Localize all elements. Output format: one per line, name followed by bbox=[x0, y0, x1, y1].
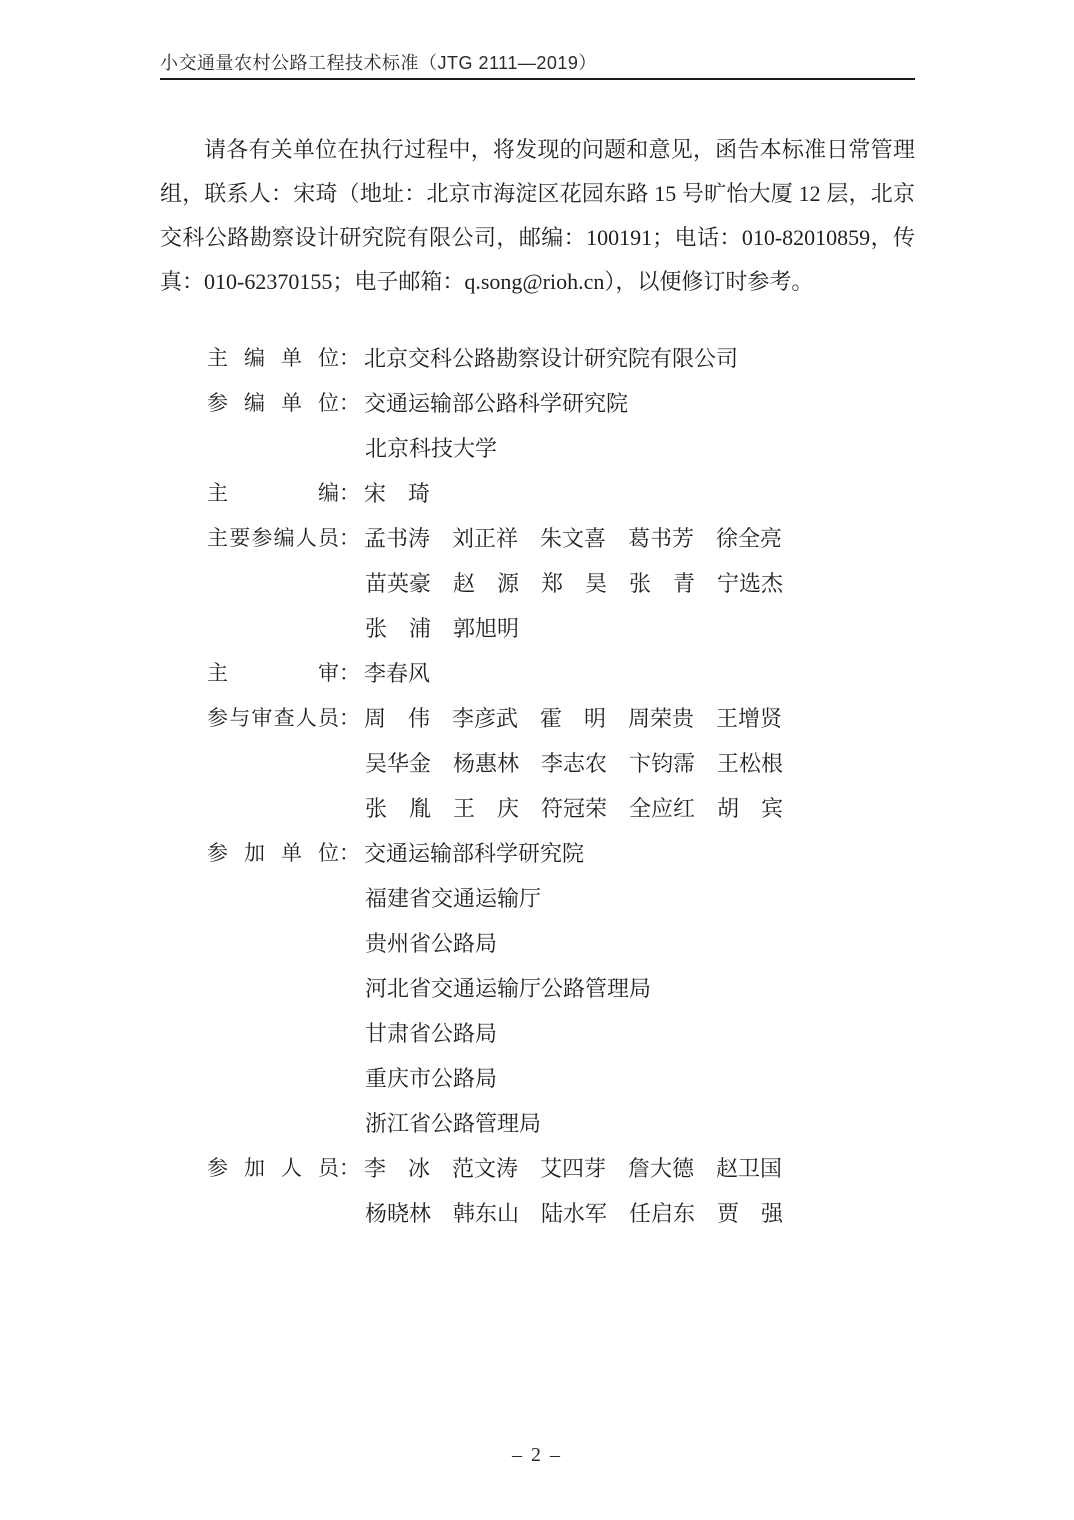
credit-row-review-members-cont: 张 胤 王 庆 符冠荣 全应红 胡 宾 bbox=[160, 786, 915, 831]
credit-colon: ： bbox=[339, 651, 360, 696]
credit-label-text: 参加人员 bbox=[207, 1146, 339, 1191]
credit-colon: ： bbox=[339, 1146, 360, 1191]
credit-value: 福建省交通运输厅 bbox=[365, 876, 541, 921]
credit-label: 主审： bbox=[207, 651, 360, 696]
credit-row-chief-reviewer: 主审：李春风 bbox=[160, 651, 915, 696]
credit-label-text: 参编单位 bbox=[207, 381, 339, 426]
page-number: – 2 – bbox=[512, 1444, 562, 1466]
credit-label: 参加单位： bbox=[207, 831, 360, 876]
credit-value: 孟书涛 刘正祥 朱文喜 葛书芳 徐全亮 bbox=[364, 516, 782, 561]
credit-value: 重庆市公路局 bbox=[365, 1056, 497, 1101]
credits-section: 主编单位：北京交科公路勘察设计研究院有限公司 参编单位：交通运输部公路科学研究院… bbox=[160, 336, 915, 1236]
credit-value: 苗英豪 赵 源 郑 昊 张 青 宁选杰 bbox=[365, 561, 783, 606]
credit-row-participating-units-cont: 浙江省公路管理局 bbox=[160, 1101, 915, 1146]
credit-label-text: 参与审查人员 bbox=[207, 696, 339, 741]
credit-row-participating-units-cont: 贵州省公路局 bbox=[160, 921, 915, 966]
credit-colon: ： bbox=[339, 336, 360, 381]
credit-row-participating-units-cont: 河北省交通运输厅公路管理局 bbox=[160, 966, 915, 1011]
credit-label: 参加人员： bbox=[207, 1146, 360, 1191]
credit-label: 主要参编人员： bbox=[207, 516, 360, 561]
credit-row-review-members-cont: 吴华金 杨惠林 李志农 卞钧霈 王松根 bbox=[160, 741, 915, 786]
credit-value: 宋 琦 bbox=[364, 471, 430, 516]
credit-value: 河北省交通运输厅公路管理局 bbox=[365, 966, 651, 1011]
credit-value: 甘肃省公路局 bbox=[365, 1011, 497, 1056]
credit-row-co-edit-unit-cont: 北京科技大学 bbox=[160, 426, 915, 471]
credit-label: 参编单位： bbox=[207, 381, 360, 426]
credit-colon: ： bbox=[339, 471, 360, 516]
credit-value: 北京科技大学 bbox=[365, 426, 497, 471]
page-header: 小交通量农村公路工程技术标准（JTG 2111—2019） bbox=[160, 0, 915, 80]
credit-label-text: 主审 bbox=[207, 651, 339, 696]
credit-value: 张 胤 王 庆 符冠荣 全应红 胡 宾 bbox=[365, 786, 783, 831]
credit-row-main-editors-cont: 苗英豪 赵 源 郑 昊 张 青 宁选杰 bbox=[160, 561, 915, 606]
credit-colon: ： bbox=[339, 516, 360, 561]
credit-value: 李春风 bbox=[364, 651, 430, 696]
credit-label-text: 主要参编人员 bbox=[207, 516, 339, 561]
credit-value: 吴华金 杨惠林 李志农 卞钧霈 王松根 bbox=[365, 741, 783, 786]
credit-row-chief-edit-unit: 主编单位：北京交科公路勘察设计研究院有限公司 bbox=[160, 336, 915, 381]
credit-label-text: 参加单位 bbox=[207, 831, 339, 876]
credit-label-text: 主编 bbox=[207, 471, 339, 516]
credit-label: 参与审查人员： bbox=[207, 696, 360, 741]
credit-label-text: 主编单位 bbox=[207, 336, 339, 381]
credit-row-participating-units-cont: 甘肃省公路局 bbox=[160, 1011, 915, 1056]
credit-row-review-members: 参与审查人员：周 伟 李彦武 霍 明 周荣贵 王增贤 bbox=[160, 696, 915, 741]
credit-value: 李 冰 范文涛 艾四芽 詹大德 赵卫国 bbox=[364, 1146, 782, 1191]
credit-colon: ： bbox=[339, 381, 360, 426]
credit-row-participants-cont: 杨晓林 韩东山 陆水军 任启东 贾 强 bbox=[160, 1191, 915, 1236]
running-head-title: 小交通量农村公路工程技术标准（JTG 2111—2019） bbox=[160, 50, 915, 78]
credit-value: 浙江省公路管理局 bbox=[365, 1101, 541, 1146]
notice-paragraph: 请各有关单位在执行过程中，将发现的问题和意见，函告本标准日常管理组，联系人：宋琦… bbox=[160, 128, 915, 304]
page-footer: – 2 – bbox=[0, 1440, 1074, 1470]
credit-value: 交通运输部公路科学研究院 bbox=[364, 381, 628, 426]
credit-row-main-editors: 主要参编人员：孟书涛 刘正祥 朱文喜 葛书芳 徐全亮 bbox=[160, 516, 915, 561]
credit-label: 主编： bbox=[207, 471, 360, 516]
credit-row-participants: 参加人员：李 冰 范文涛 艾四芽 詹大德 赵卫国 bbox=[160, 1146, 915, 1191]
credit-row-participating-units: 参加单位：交通运输部科学研究院 bbox=[160, 831, 915, 876]
credit-value: 交通运输部科学研究院 bbox=[364, 831, 584, 876]
credit-value: 贵州省公路局 bbox=[365, 921, 497, 966]
credit-label: 主编单位： bbox=[207, 336, 360, 381]
credit-value: 杨晓林 韩东山 陆水军 任启东 贾 强 bbox=[365, 1191, 783, 1236]
document-page: 小交通量农村公路工程技术标准（JTG 2111—2019） 请各有关单位在执行过… bbox=[0, 0, 1074, 1520]
credit-row-participating-units-cont: 重庆市公路局 bbox=[160, 1056, 915, 1101]
credit-colon: ： bbox=[339, 831, 360, 876]
credit-value: 北京交科公路勘察设计研究院有限公司 bbox=[364, 336, 738, 381]
credit-row-co-edit-unit: 参编单位：交通运输部公路科学研究院 bbox=[160, 381, 915, 426]
credit-row-main-editors-cont: 张 浦 郭旭明 bbox=[160, 606, 915, 651]
credit-row-participating-units-cont: 福建省交通运输厅 bbox=[160, 876, 915, 921]
credit-value: 张 浦 郭旭明 bbox=[365, 606, 519, 651]
credit-value: 周 伟 李彦武 霍 明 周荣贵 王增贤 bbox=[364, 696, 782, 741]
credit-colon: ： bbox=[339, 696, 360, 741]
credit-row-chief-editor: 主编：宋 琦 bbox=[160, 471, 915, 516]
